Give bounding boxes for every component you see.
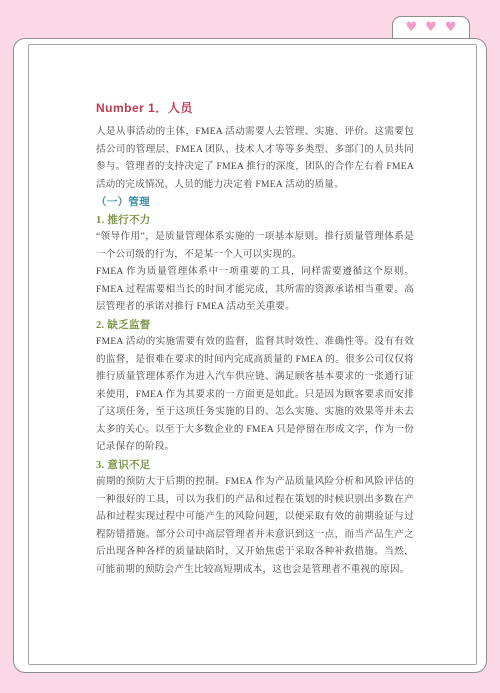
- heart-icon: ♥: [445, 21, 457, 34]
- subsection-2-paragraph: FMEA 活动的实施需要有效的监督，监督其时效性、准确性等。没有有效的监督，是很…: [96, 334, 414, 457]
- heart-icon: ♥: [406, 21, 418, 34]
- subsection-heading-3: 3. 意识不足: [96, 457, 414, 475]
- subsection-3-paragraph: 前期的预防大于后期的控制。FMEA 作为产品质量风险分析和风险评估的一种很好的工…: [96, 474, 414, 579]
- heart-icon: ♥: [425, 21, 437, 34]
- section-heading-management: （一）管理: [96, 194, 414, 212]
- intro-paragraph: 人是从事活动的主体，FMEA 活动需要人去管理、实施、评价。这需要包括公司的管理…: [96, 124, 414, 194]
- subsection-heading-2: 2. 缺乏监督: [96, 317, 414, 335]
- subsection-heading-1: 1. 推行不力: [96, 212, 414, 230]
- subsection-1-paragraph: “领导作用”，是质量管理体系实施的一项基本原则。推行质量管理体系是一个公司级的行…: [96, 229, 414, 264]
- document-content: Number 1．人员 人是从事活动的主体，FMEA 活动需要人去管理、实施、评…: [96, 100, 414, 579]
- page-title: Number 1．人员: [96, 100, 414, 116]
- document-card: Number 1．人员 人是从事活动的主体，FMEA 活动需要人去管理、实施、评…: [13, 38, 487, 673]
- subsection-1-paragraph: FMEA 作为质量管理体系中一项重要的工具，同样需要遵循这个原则。FMEA 过程…: [96, 264, 414, 317]
